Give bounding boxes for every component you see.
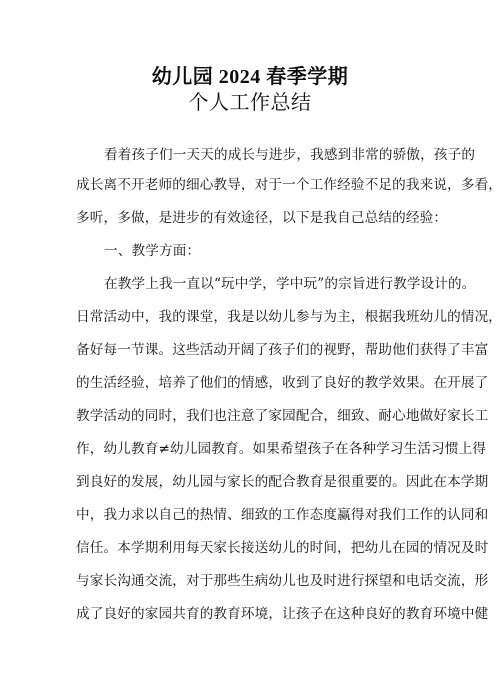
paragraph-teaching-line: 到良好的发展，幼儿园与家长的配合教育是很重要的。因此在本学期 bbox=[76, 473, 426, 491]
paragraph-teaching-line: 备好每一节课。这些活动开阔了孩子们的视野，帮助他们获得了丰富 bbox=[76, 341, 426, 359]
section-heading-teaching: 一、教学方面： bbox=[104, 242, 200, 260]
document-title: 幼儿园 2024 春季学期 bbox=[0, 60, 500, 89]
document-page: 幼儿园 2024 春季学期 个人工作总结 看着孩子们一天天的成长与进步，我感到非… bbox=[0, 0, 500, 693]
paragraph-teaching-line: 教学活动的同时，我们也注意了家园配合，细致、耐心地做好家长工 bbox=[76, 407, 426, 425]
paragraph-teaching-line: 中，我力求以自己的热情、细致的工作态度赢得对我们工作的认同和 bbox=[76, 506, 426, 524]
paragraph-teaching-line: 的生活经验，培养了他们的情感，收到了良好的教学效果。在开展了 bbox=[76, 374, 426, 392]
paragraph-teaching-line: 在教学上我一直以“玩中学，学中玩”的宗旨进行教学设计的。 bbox=[104, 275, 426, 293]
paragraph-teaching-line: 作，幼儿教育≠幼儿园教育。如果希望孩子在各种学习生活习惯上得 bbox=[76, 440, 426, 458]
paragraph-teaching-line: 成了良好的家园共育的教育环境，让孩子在这种良好的教育环境中健 bbox=[76, 605, 426, 623]
paragraph-teaching-line: 信任。本学期利用每天家长接送幼儿的时间，把幼儿在园的情况及时 bbox=[76, 539, 426, 557]
paragraph-intro-line: 多听，多做，是进步的有效途径，以下是我自己总结的经验： bbox=[76, 209, 426, 227]
paragraph-teaching-line: 日常活动中，我的课堂，我是以幼儿参与为主，根据我班幼儿的情况， bbox=[76, 308, 426, 326]
paragraph-teaching-line: 与家长沟通交流，对于那些生病幼儿也及时进行探望和电话交流，形 bbox=[76, 572, 426, 590]
paragraph-intro-line: 看着孩子们一天天的成长与进步，我感到非常的骄傲，孩子的 bbox=[104, 146, 426, 164]
paragraph-intro-line: 成长离不开老师的细心教导，对于一个工作经验不足的我来说，多看， bbox=[76, 176, 426, 194]
document-subtitle: 个人工作总结 bbox=[0, 86, 500, 115]
